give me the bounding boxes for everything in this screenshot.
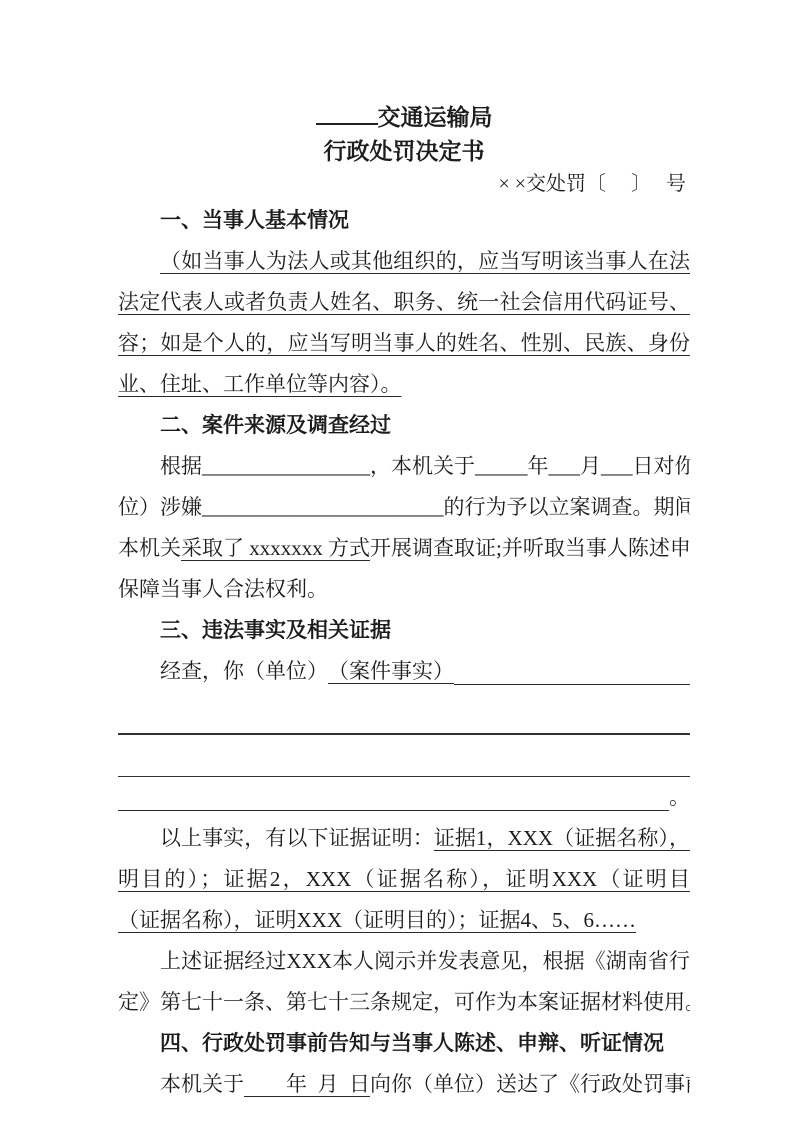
blank-writing-line-1 — [118, 692, 690, 735]
section2-line3-post: 开展调查取证;并听取当事人陈述申辩意见， — [370, 536, 690, 560]
case-facts-pre: 经查，你（单位） — [160, 651, 328, 692]
section2-line3-pre: 本机关 — [118, 536, 181, 560]
document-number: × ×交处罚〔 〕 号 — [118, 168, 690, 200]
section2-heading: 二、案件来源及调查经过 — [118, 405, 690, 446]
evidence-line3: （证据名称），证明XXX（证明目的）；证据4、5、6…… — [118, 900, 690, 941]
section4-line1: 本机关于 年 月 日向你（单位）送达了《行政处罚事前告 — [118, 1064, 690, 1105]
section2-line2: 位）涉嫌_______________________的行为予以立案调查。期间， — [118, 487, 690, 528]
blank-writing-line-2 — [118, 735, 690, 777]
investigation-method-blank: 采取了 xxxxxxx 方式 — [181, 536, 370, 560]
agency-name-blank — [316, 101, 378, 125]
evidence-line2: 明目的）；证据2，XXX（证据名称），证明XXX（证明目的）；证据3，XXX — [118, 859, 690, 900]
section2-line3: 本机关采取了 xxxxxxx 方式开展调查取证;并听取当事人陈述申辩意见， — [118, 528, 690, 569]
section4-line1-pre: 本机关于 — [160, 1072, 244, 1096]
section1-line3: 容；如是个人的，应当写明当事人的姓名、性别、民族、身份证号、职 — [118, 323, 690, 364]
document-page: 交通运输局 行政处罚决定书 × ×交处罚〔 〕 号 一、当事人基本情况 （如当事… — [0, 0, 793, 1122]
case-facts-label: （案件事实） — [328, 651, 454, 692]
section1-line2: 法定代表人或者负责人姓名、职务、统一社会信用代码证号、地址等内 — [118, 282, 690, 323]
case-facts-line: 经查，你（单位）（案件事实） — [118, 651, 690, 692]
evidence-intro: 以上事实，有以下证据证明： — [160, 826, 434, 850]
section4-line1-post: 向你（单位）送达了《行政处罚事前告 — [370, 1072, 690, 1096]
section1-line1: （如当事人为法人或其他组织的，应当写明该当事人在法定名称、 — [118, 241, 690, 282]
section3-heading: 三、违法事实及相关证据 — [118, 610, 690, 651]
evidence-line1: 以上事实，有以下证据证明：证据1，XXX（证据名称），证明XXX（证 — [118, 818, 690, 859]
document-title-line1: 交通运输局 — [118, 100, 690, 134]
document-title-line2: 行政处罚决定书 — [118, 134, 690, 168]
section4-heading: 四、行政处罚事前告知与当事人陈述、申辩、听证情况 — [118, 1023, 690, 1064]
section2-line4: 保障当事人合法权利。 — [118, 569, 690, 610]
evidence-note-line2: 定》第七十一条、第七十三条规定，可作为本案证据材料使用。 — [118, 982, 690, 1023]
document-content: 交通运输局 行政处罚决定书 × ×交处罚〔 〕 号 一、当事人基本情况 （如当事… — [118, 100, 690, 1105]
notification-date-blank: 年 月 日 — [244, 1072, 370, 1096]
section1-heading: 一、当事人基本情况 — [118, 200, 690, 241]
blank-writing-line-3: 。 — [118, 777, 690, 818]
blank-line-end-punct: 。 — [669, 777, 690, 818]
agency-name: 交通运输局 — [378, 104, 493, 130]
section1-line4: 业、住址、工作单位等内容）。 — [118, 364, 690, 405]
case-facts-blank — [454, 651, 690, 685]
section2-line1: 根据________________，本机关于_____年___月___日对你（… — [118, 446, 690, 487]
evidence-note-line1: 上述证据经过XXX本人阅示并发表意见，根据《湖南省行政程序规 — [118, 941, 690, 982]
blank-writing-line-3-rule — [118, 777, 669, 811]
